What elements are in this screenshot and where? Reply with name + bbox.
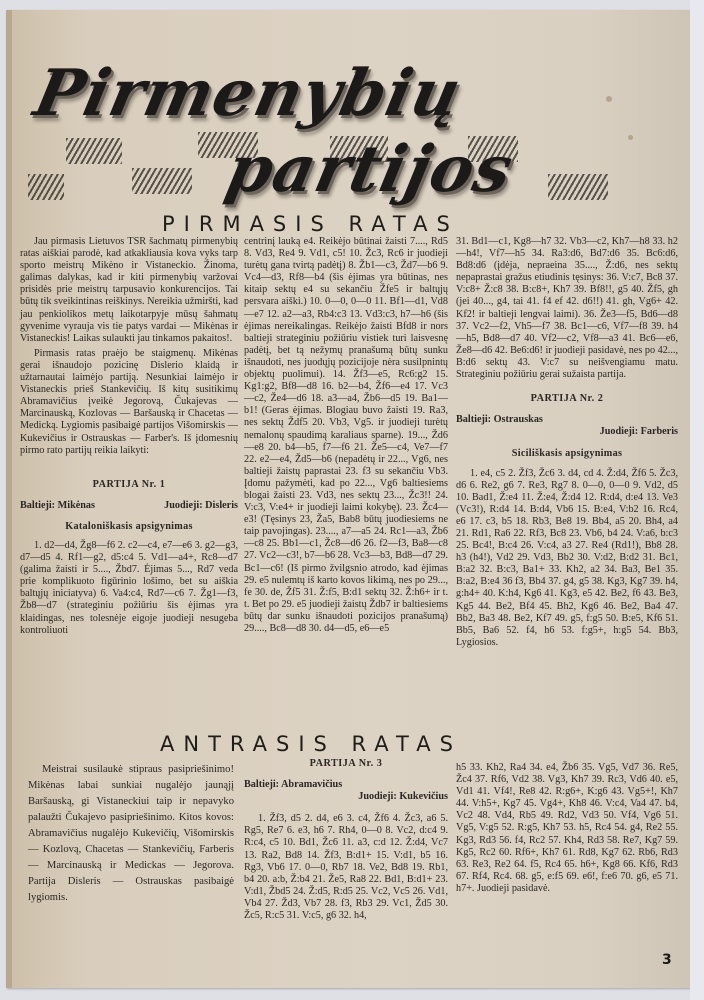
column-middle-top: centrinį lauką e4. Reikėjo būtinai žaist… bbox=[244, 236, 448, 635]
column-left-bottom: Meistrai susilaukė stipraus pasipriešini… bbox=[28, 762, 234, 906]
game1-heading: PARTIJA Nr. 1 bbox=[20, 479, 238, 491]
intro-paragraph: Jau pirmasis Lietuvos TSR šachmatų pirme… bbox=[20, 236, 238, 345]
second-round-title: ANTRASIS RATAS bbox=[160, 732, 462, 756]
masthead-hatching bbox=[66, 138, 122, 164]
game1-black-player: Juodieji: Disleris bbox=[164, 500, 238, 512]
game3-moves-continued: h5 33. Kh2, Ra4 34. e4, Žb6 35. Vg5, Vd7… bbox=[456, 762, 678, 895]
masthead-hatching bbox=[132, 168, 192, 194]
game2-opening: Siciliškasis apsigynimas bbox=[456, 448, 678, 460]
background-strip bbox=[690, 0, 704, 1000]
column-left-top: Jau pirmasis Lietuvos TSR šachmatų pirme… bbox=[20, 236, 238, 637]
game1-white-player: Baltieji: Mikėnas bbox=[20, 500, 95, 512]
paper-stain bbox=[606, 96, 612, 102]
second-round-intro: Meistrai susilaukė stipraus pasipriešini… bbox=[28, 762, 234, 906]
game3-players: Baltieji: Abramavičius Juodieji: Kukevič… bbox=[244, 779, 448, 803]
game3-black-player: Juodieji: Kukevičius bbox=[244, 791, 448, 803]
game3-heading: PARTIJA Nr. 3 bbox=[244, 758, 448, 770]
game2-heading: PARTIJA Nr. 2 bbox=[456, 393, 678, 405]
masthead-hatching bbox=[548, 174, 608, 200]
masthead-title-line1: Pirmenybių bbox=[28, 56, 468, 131]
game3-moves: 1. Žf3, d5 2. d4, e6 3. c4, Žf6 4. Žc3, … bbox=[244, 813, 448, 922]
game1-moves-end: 31. Bd1—c1, Kg8—h7 32. Vb3—c2, Kh7—h8 33… bbox=[456, 236, 678, 381]
column-middle-bottom: PARTIJA Nr. 3 Baltieji: Abramavičius Juo… bbox=[244, 758, 448, 922]
game1-opening: Kataloniškasis apsigynimas bbox=[20, 521, 238, 533]
game1-players: Baltieji: Mikėnas Juodieji: Disleris bbox=[20, 500, 238, 512]
game1-moves: 1. d2—d4, Žg8—f6 2. c2—c4, e7—e6 3. g2—g… bbox=[20, 540, 238, 637]
paper-stain bbox=[628, 135, 633, 140]
game2-players: Baltieji: Ostrauskas Juodieji: Farberis bbox=[456, 414, 678, 438]
game3-white-player: Baltieji: Abramavičius bbox=[244, 779, 448, 791]
masthead: Pirmenybių partijos bbox=[28, 56, 628, 226]
column-right-top: 31. Bd1—c1, Kg8—h7 32. Vb3—c2, Kh7—h8 33… bbox=[456, 236, 678, 649]
masthead-title-line2: partijos bbox=[220, 132, 520, 207]
game1-moves-continued: centrinį lauką e4. Reikėjo būtinai žaist… bbox=[244, 236, 448, 635]
column-right-bottom: h5 33. Kh2, Ra4 34. e4, Žb6 35. Vg5, Vd7… bbox=[456, 762, 678, 895]
page-binding-edge bbox=[6, 10, 12, 988]
page-number: 3 bbox=[662, 952, 672, 968]
game2-black-player: Juodieji: Farberis bbox=[456, 426, 678, 438]
intro-paragraph: Pirmasis ratas praėjo be staigmenų. Mikė… bbox=[20, 348, 238, 457]
game2-moves: 1. e4, c5 2. Žf3, Žc6 3. d4, cd 4. Ž:d4,… bbox=[456, 468, 678, 649]
masthead-hatching bbox=[28, 174, 64, 200]
game2-white-player: Baltieji: Ostrauskas bbox=[456, 414, 678, 426]
magazine-page: Pirmenybių partijos PIRMASIS RATAS Jau p… bbox=[6, 10, 690, 988]
first-round-title: PIRMASIS RATAS bbox=[162, 212, 459, 236]
